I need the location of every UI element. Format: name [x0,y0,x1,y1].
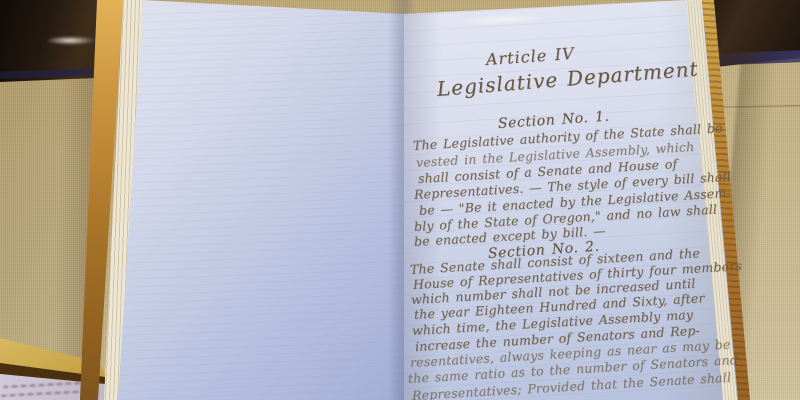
museum-display-photo: Article IV Legislative Department Sectio… [0,0,800,400]
blank-left-page [110,0,406,400]
